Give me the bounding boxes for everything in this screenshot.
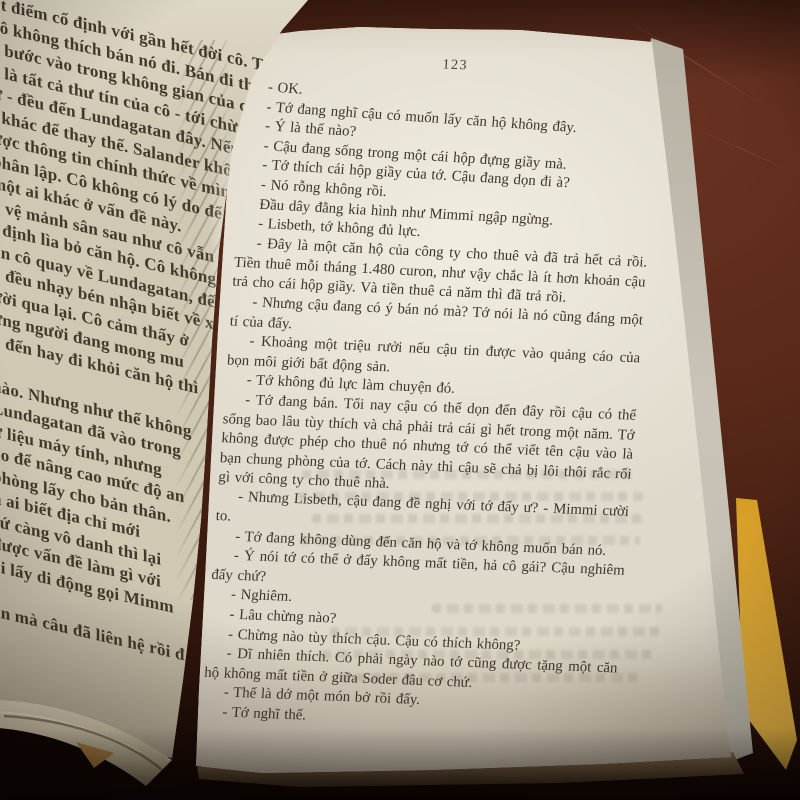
page-curl-graphic: [0, 0, 800, 800]
open-book-photo: 123 - OK.- Tớ đang nghĩ cậu có muốn lấy …: [0, 0, 800, 800]
